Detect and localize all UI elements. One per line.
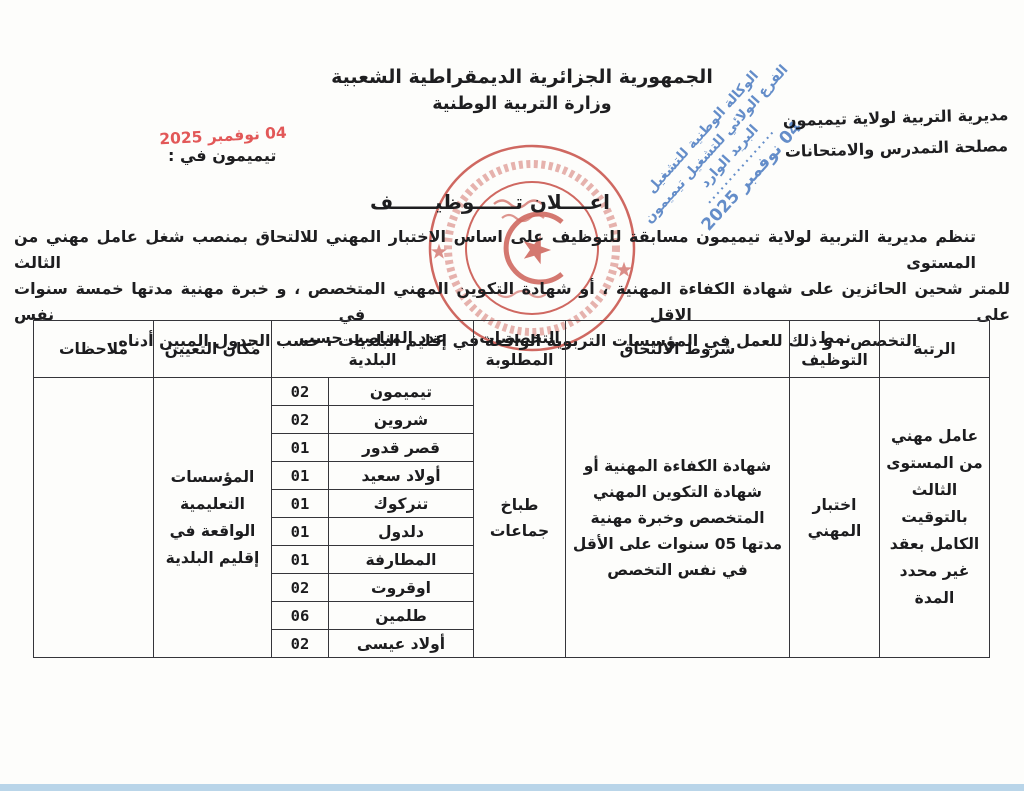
header-rank: الرتبة: [880, 321, 990, 378]
location-cell: المؤسسات التعليمية الواقعة في إقليم البل…: [154, 378, 272, 658]
city-date-label: تيميمون في :: [168, 146, 276, 165]
mode-cell: اختبار المهني: [790, 378, 880, 658]
municipality-cell: أولاد عيسى: [329, 630, 474, 658]
count-cell: 02: [272, 406, 329, 434]
national-header: الجمهورية الجزائرية الديمقراطية الشعبية …: [262, 66, 782, 114]
document-page: الجمهورية الجزائرية الديمقراطية الشعبية …: [0, 0, 1024, 791]
republic-title: الجمهورية الجزائرية الديمقراطية الشعبية: [262, 66, 782, 88]
count-cell: 01: [272, 434, 329, 462]
announcement-title: اعــــلان تــــــوظيــــــف: [330, 190, 650, 214]
count-cell: 06: [272, 602, 329, 630]
municipality-cell: المطارفة: [329, 546, 474, 574]
conditions-cell: شهادة الكفاءة المهنية أو شهادة التكوين ا…: [566, 378, 790, 658]
table-header-row: الرتبة نمط التوظيف شروط الالتحاق التخصصا…: [34, 321, 990, 378]
count-cell: 02: [272, 574, 329, 602]
municipality-cell: أولاد سعيد: [329, 462, 474, 490]
notes-cell: [34, 378, 154, 658]
municipality-cell: طلمين: [329, 602, 474, 630]
municipality-cell: اوقروت: [329, 574, 474, 602]
count-cell: 02: [272, 630, 329, 658]
header-conditions: شروط الالتحاق: [566, 321, 790, 378]
directorate-header: مديرية التربية لولاية تيميمون مصلحة التم…: [771, 99, 1021, 167]
rank-cell: عامل مهني من المستوى الثالث بالتوقيت الك…: [880, 378, 990, 658]
municipality-cell: دلدول: [329, 518, 474, 546]
header-positions: عدد المناصب حسب البلدية: [272, 321, 474, 378]
municipality-cell: تيميمون: [329, 378, 474, 406]
positions-table: الرتبة نمط التوظيف شروط الالتحاق التخصصا…: [33, 320, 990, 658]
count-cell: 02: [272, 378, 329, 406]
scan-edge-artifact: [0, 784, 1024, 791]
municipality-cell: قصر قدور: [329, 434, 474, 462]
header-specializations: التخصصات المطلوبة: [474, 321, 566, 378]
service-line: مصلحة التمدرس والامتحانات: [772, 130, 1021, 167]
ministry-title: وزارة التربية الوطنية: [262, 94, 782, 114]
header-notes: ملاحظات: [34, 321, 154, 378]
table-row: عامل مهني من المستوى الثالث بالتوقيت الك…: [34, 378, 990, 406]
body-line-1: تنظم مديرية التربية لولاية تيميمون مسابق…: [14, 224, 1010, 276]
count-cell: 01: [272, 490, 329, 518]
count-cell: 01: [272, 462, 329, 490]
header-mode: نمط التوظيف: [790, 321, 880, 378]
count-cell: 01: [272, 518, 329, 546]
body-line-1-text: تنظم مديرية التربية لولاية تيميمون مسابق…: [145, 227, 976, 246]
count-cell: 01: [272, 546, 329, 574]
header-location: مكان التعيين: [154, 321, 272, 378]
specialization-cell: طباخ جماعات: [474, 378, 566, 658]
municipality-cell: تنركوك: [329, 490, 474, 518]
municipality-cell: شروين: [329, 406, 474, 434]
